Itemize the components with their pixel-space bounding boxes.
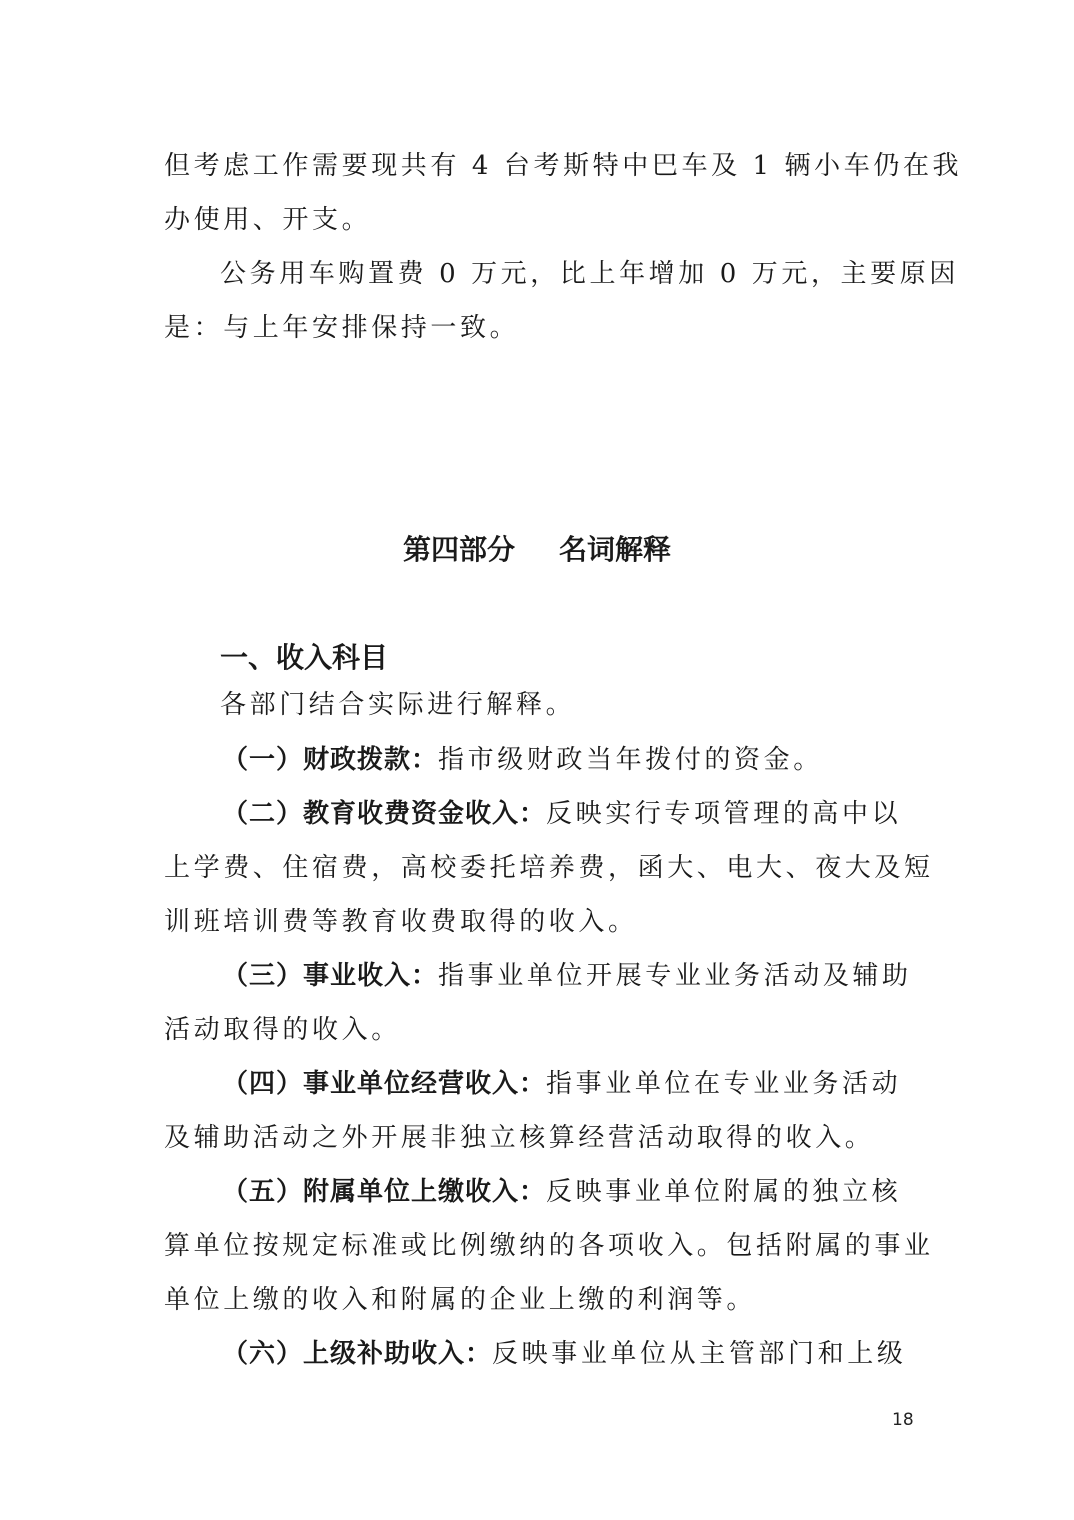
definition-text: 训班培训费等教育收费取得的收入。 [164, 907, 914, 937]
section-heading: 一、收入科目 [220, 636, 388, 676]
page-number: 18 [892, 1410, 914, 1430]
definition-item: （四）事业单位经营收入：指事业单位在专业业务活动 [222, 1069, 972, 1099]
definition-text: 及辅助活动之外开展非独立核算经营活动取得的收入。 [164, 1123, 914, 1153]
part-title: 第四部分名词解释 [0, 528, 1074, 568]
paragraph-line: 公务用车购置费 0 万元，比上年增加 0 万元，主要原因 [220, 259, 914, 289]
definition-text: 指事业单位开展专业业务活动及辅助 [438, 961, 912, 991]
paragraph-line: 办使用、开支。 [164, 205, 914, 235]
definition-item: （六）上级补助收入：反映事业单位从主管部门和上级 [222, 1339, 972, 1369]
section-intro: 各部门结合实际进行解释。 [220, 690, 914, 720]
definition-term: （六）上级补助收入： [222, 1339, 492, 1369]
definition-term: （二）教育收费资金收入： [222, 799, 546, 829]
definition-term: （三）事业收入： [222, 961, 438, 991]
definition-term: （一）财政拨款： [222, 745, 438, 775]
paragraph-line: 但考虑工作需要现共有 4 台考斯特中巴车及 1 辆小车仍在我 [164, 151, 914, 181]
definition-text: 活动取得的收入。 [164, 1015, 914, 1045]
paragraph-line: 是：与上年安排保持一致。 [164, 313, 914, 343]
definition-text: 算单位按规定标准或比例缴纳的各项收入。包括附属的事业 [164, 1231, 914, 1261]
definition-item: （五）附属单位上缴收入：反映事业单位附属的独立核 [222, 1177, 972, 1207]
part-title-number: 第四部分 [403, 533, 515, 566]
definition-item: （三）事业收入：指事业单位开展专业业务活动及辅助 [222, 961, 972, 991]
definition-term: （五）附属单位上缴收入： [222, 1177, 546, 1207]
definition-item: （一）财政拨款：指市级财政当年拨付的资金。 [222, 745, 972, 775]
definition-text: 指市级财政当年拨付的资金。 [438, 745, 823, 775]
definition-text: 单位上缴的收入和附属的企业上缴的利润等。 [164, 1285, 914, 1315]
document-page: 但考虑工作需要现共有 4 台考斯特中巴车及 1 辆小车仍在我 办使用、开支。 公… [0, 0, 1074, 1520]
definition-text: 反映事业单位从主管部门和上级 [492, 1339, 906, 1369]
definition-text: 反映实行专项管理的高中以 [546, 799, 901, 829]
definition-text: 指事业单位在专业业务活动 [546, 1069, 901, 1099]
definition-text: 反映事业单位附属的独立核 [546, 1177, 901, 1207]
part-title-name: 名词解释 [559, 533, 671, 566]
definition-text: 上学费、住宿费，高校委托培养费，函大、电大、夜大及短 [164, 853, 914, 883]
definition-term: （四）事业单位经营收入： [222, 1069, 546, 1099]
definition-item: （二）教育收费资金收入：反映实行专项管理的高中以 [222, 799, 972, 829]
